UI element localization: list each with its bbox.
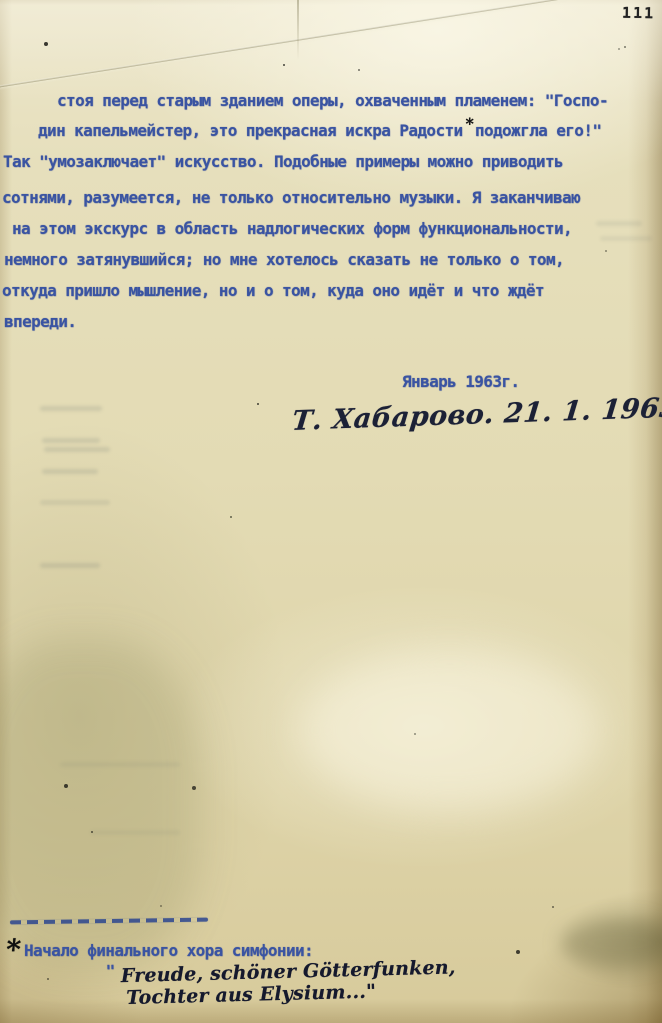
quote-open-mark: ": [105, 961, 115, 981]
page-number: 111: [622, 6, 655, 22]
typed-line-1: стоя перед старым зданием оперы, охвачен…: [57, 91, 608, 111]
typed-line-5: на этом экскурс в область надлогических …: [12, 219, 572, 239]
footnote-asterisk: *: [5, 936, 23, 964]
bleed-through-mark: [42, 469, 98, 474]
handwritten-signature: Т. Хабарово. 21. 1. 1963.: [290, 394, 633, 437]
footnote-reference-asterisk: *: [466, 114, 474, 133]
bleed-through-mark: [40, 406, 102, 411]
paper-crease-diagonal: [0, 0, 567, 88]
bleed-through-mark: [600, 236, 652, 241]
handwritten-german-quote: "Freude, schöner Götterfunken, Tochter a…: [105, 952, 456, 1009]
paper-stain-right: [560, 918, 662, 968]
paper-crease-vertical: [297, 0, 299, 60]
bleed-through-mark: [596, 221, 642, 226]
paper-highlight: [300, 650, 600, 810]
paper-specks: [0, 0, 2, 2]
typed-date: Январь 1963г.: [402, 372, 519, 392]
scanned-document-page: 111 стоя перед старым зданием оперы, охв…: [0, 0, 662, 1023]
bleed-through-mark: [40, 563, 100, 568]
typed-line-8: впереди.: [4, 312, 76, 332]
bleed-through-mark: [60, 762, 180, 767]
typed-line-6: немного затянувшийся; но мне хотелось ск…: [4, 250, 564, 270]
typed-text: дин капельмейстер, это прекрасная искра …: [38, 121, 463, 140]
typed-line-3: Так "умозаключает" искусство. Подобные п…: [3, 152, 563, 172]
bleed-through-mark: [44, 447, 110, 452]
bleed-through-mark: [90, 830, 180, 835]
typed-text: подожгла его!": [475, 121, 601, 140]
typed-line-2: дин капельмейстер, это прекрасная искра …: [38, 121, 601, 141]
bleed-through-mark: [40, 500, 110, 505]
bleed-through-mark: [42, 438, 100, 443]
typed-line-7: откуда пришло мышление, но и о том, куда…: [2, 281, 544, 301]
typed-line-4: сотнями, разумеется, не только относител…: [2, 188, 580, 208]
